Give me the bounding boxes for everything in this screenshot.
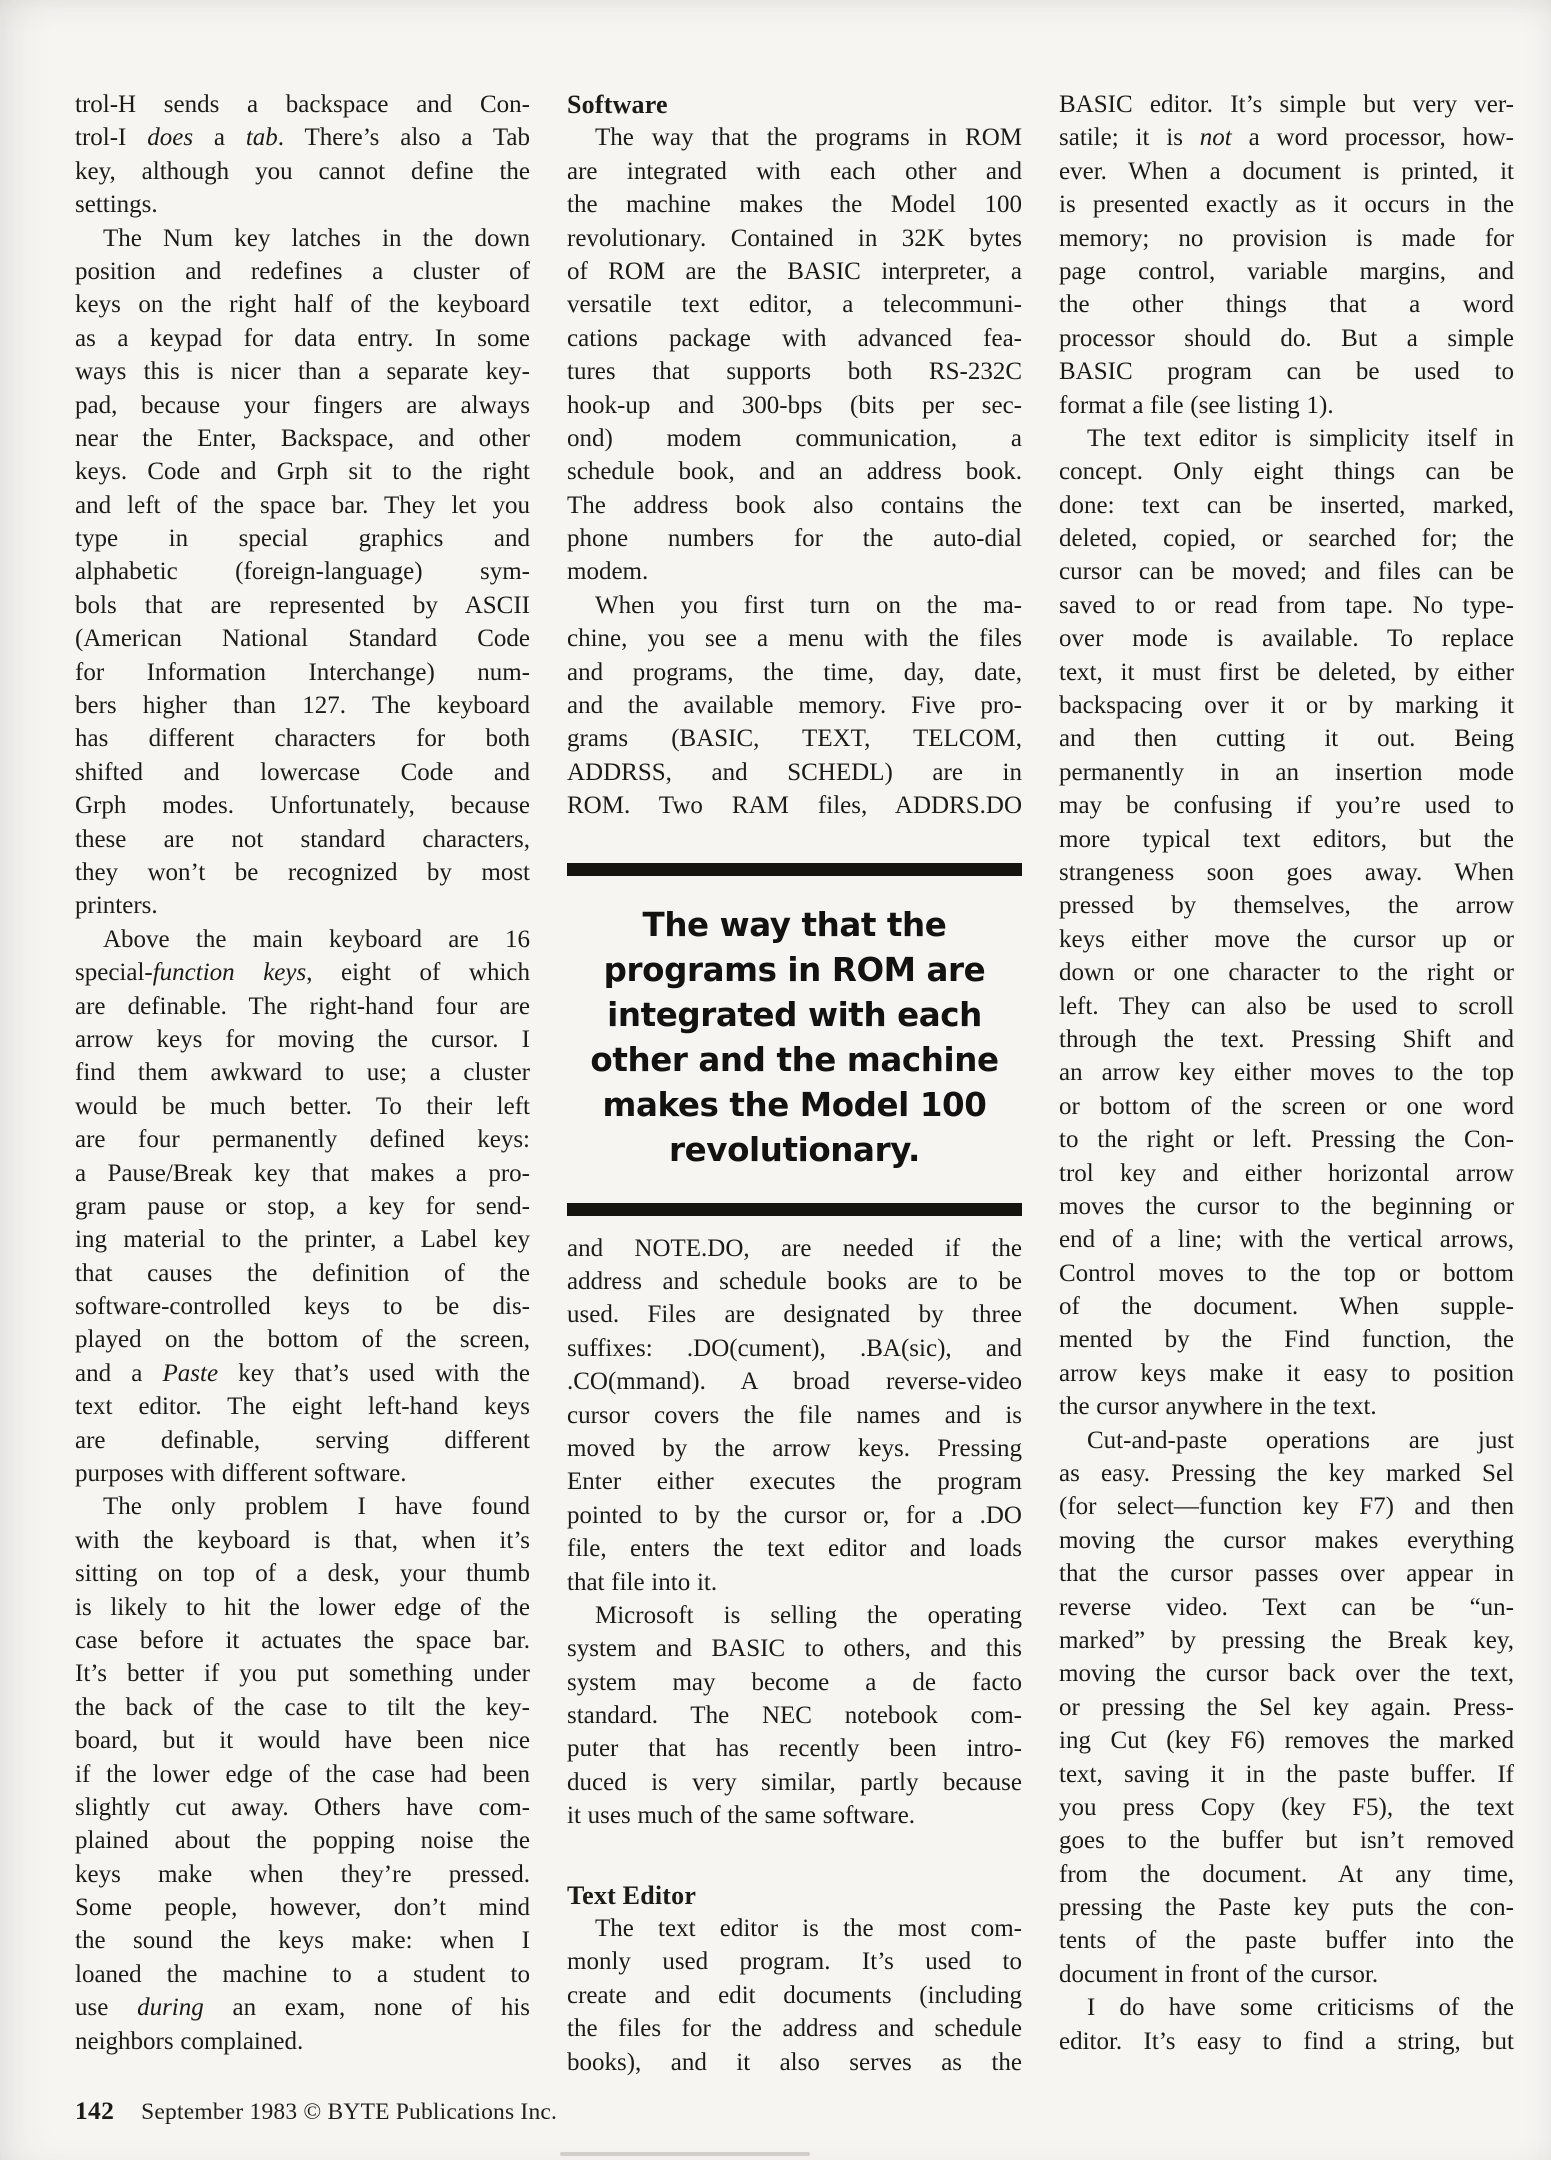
- text-line: It’s better if you put something under: [75, 1657, 530, 1690]
- text-line: puter that has recently been intro-: [567, 1732, 1022, 1765]
- text-line: board, but it would have been nice: [75, 1724, 530, 1757]
- pull-quote-rule-bottom: [567, 1203, 1022, 1216]
- text-line: hook-up and 300-bps (bits per sec-: [567, 389, 1022, 422]
- text-line: Some people, however, don’t mind: [75, 1891, 530, 1924]
- text-line: keys make when they’re pressed.: [75, 1858, 530, 1891]
- text-line: and then cutting it out. Being: [1059, 722, 1514, 755]
- text-line: reverse video. Text can be “un-: [1059, 1591, 1514, 1624]
- text-line: document in front of the cursor.: [1059, 1958, 1514, 1991]
- text-line: The way that the programs in ROM: [567, 121, 1022, 154]
- pull-quote-line: programs in ROM are: [569, 948, 1020, 993]
- text-line: and left of the space bar. They let you: [75, 489, 530, 522]
- text-line: The Num key latches in the down: [75, 222, 530, 255]
- column-right: BASIC editor. It’s simple but very ver-s…: [1059, 88, 1514, 2079]
- text-line: settings.: [75, 188, 530, 221]
- text-line: pad, because your fingers are always: [75, 389, 530, 422]
- text-line: are definable. The right-hand four are: [75, 990, 530, 1023]
- text-line: chine, you see a menu with the files: [567, 622, 1022, 655]
- text-line: it uses much of the same software.: [567, 1799, 1022, 1832]
- text-line: system and BASIC to others, and this: [567, 1632, 1022, 1665]
- text-line: deleted, copied, or searched for; the: [1059, 522, 1514, 555]
- text-line: phone numbers for the auto-dial: [567, 522, 1022, 555]
- text-line: and the available memory. Five pro-: [567, 689, 1022, 722]
- text-line: they won’t be recognized by most: [75, 856, 530, 889]
- text-line: The text editor is simplicity itself in: [1059, 422, 1514, 455]
- footer: 142 September 1983 © BYTE Publications I…: [75, 2096, 557, 2126]
- text-line: that the cursor passes over appear in: [1059, 1557, 1514, 1590]
- text-line: ever. When a document is printed, it: [1059, 155, 1514, 188]
- text-line: Cut-and-paste operations are just: [1059, 1424, 1514, 1457]
- text-line: Above the main keyboard are 16: [75, 923, 530, 956]
- text-line: through the text. Pressing Shift and: [1059, 1023, 1514, 1056]
- pull-quote-line: makes the Model 100: [569, 1083, 1020, 1128]
- scan-artifact: [560, 2152, 810, 2156]
- text-line: arrow keys make it easy to position: [1059, 1357, 1514, 1390]
- section-heading-text-editor: Text Editor: [567, 1879, 1022, 1912]
- text-line: the machine makes the Model 100: [567, 188, 1022, 221]
- text-line: tures that supports both RS-232C: [567, 355, 1022, 388]
- text-line: more typical text editors, but the: [1059, 823, 1514, 856]
- text-line: is presented exactly as it occurs in the: [1059, 188, 1514, 221]
- text-line: may be confusing if you’re used to: [1059, 789, 1514, 822]
- text-line: file, enters the text editor and loads: [567, 1532, 1022, 1565]
- text-line: are definable, serving different: [75, 1424, 530, 1457]
- text-line: versatile text editor, a telecommuni-: [567, 288, 1022, 321]
- text-line: text, it must first be deleted, by eithe…: [1059, 656, 1514, 689]
- text-line: books), and it also serves as the: [567, 2046, 1022, 2079]
- text-line: from the document. At any time,: [1059, 1858, 1514, 1891]
- section-heading-software: Software: [567, 88, 1022, 121]
- text-line: pointed to by the cursor or, for a .DO: [567, 1499, 1022, 1532]
- text-line: Grph modes. Unfortunately, because: [75, 789, 530, 822]
- text-line: find them awkward to use; a cluster: [75, 1056, 530, 1089]
- text-line: are four permanently defined keys:: [75, 1123, 530, 1156]
- text-line: plained about the popping noise the: [75, 1824, 530, 1857]
- text-line: the back of the case to tilt the key-: [75, 1691, 530, 1724]
- text-line: ond) modem communication, a: [567, 422, 1022, 455]
- text-line: purposes with different software.: [75, 1457, 530, 1490]
- text-line: .CO(mmand). A broad reverse-video: [567, 1365, 1022, 1398]
- text-line: system may become a de facto: [567, 1666, 1022, 1699]
- text-line: BASIC program can be used to: [1059, 355, 1514, 388]
- text-line: The text editor is the most com-: [567, 1912, 1022, 1945]
- text-line: left. They can also be used to scroll: [1059, 990, 1514, 1023]
- text-line: backspacing over it or by marking it: [1059, 689, 1514, 722]
- text-line: address and schedule books are to be: [567, 1265, 1022, 1298]
- text-line: duced is very similar, partly because: [567, 1766, 1022, 1799]
- text-line: When you first turn on the ma-: [567, 589, 1022, 622]
- pull-quote-text: The way that theprograms in ROM areinteg…: [567, 876, 1022, 1203]
- column-left: trol-H sends a backspace and Con-trol-I …: [75, 88, 530, 2079]
- text-line: neighbors complained.: [75, 2025, 530, 2058]
- text-line: monly used program. It’s used to: [567, 1945, 1022, 1978]
- text-line: or pressing the Sel key again. Press-: [1059, 1691, 1514, 1724]
- text-line: modem.: [567, 555, 1022, 588]
- article-columns: trol-H sends a backspace and Con-trol-I …: [75, 88, 1515, 2079]
- text-line: pressing the Paste key puts the con-: [1059, 1891, 1514, 1924]
- text-line: as easy. Pressing the key marked Sel: [1059, 1457, 1514, 1490]
- magazine-page: trol-H sends a backspace and Con-trol-I …: [0, 0, 1551, 2160]
- text-line: the files for the address and schedule: [567, 2012, 1022, 2045]
- text-line: create and edit documents (including: [567, 1979, 1022, 2012]
- text-line: cations package with advanced fea-: [567, 322, 1022, 355]
- text-line: satile; it is not a word processor, how-: [1059, 121, 1514, 154]
- text-line: goes to the buffer but isn’t removed: [1059, 1824, 1514, 1857]
- text-line: played on the bottom of the screen,: [75, 1323, 530, 1356]
- text-line: ing material to the printer, a Label key: [75, 1223, 530, 1256]
- text-line: permanently in an insertion mode: [1059, 756, 1514, 789]
- text-line: schedule book, and an address book.: [567, 455, 1022, 488]
- text-line: The only problem I have found: [75, 1490, 530, 1523]
- text-line: that causes the definition of the: [75, 1257, 530, 1290]
- text-line: grams (BASIC, TEXT, TELCOM,: [567, 722, 1022, 755]
- text-line: printers.: [75, 889, 530, 922]
- text-line: use during an exam, none of his: [75, 1991, 530, 2024]
- text-line: moving the cursor back over the text,: [1059, 1657, 1514, 1690]
- text-line: moving the cursor makes everything: [1059, 1524, 1514, 1557]
- text-line: The address book also contains the: [567, 489, 1022, 522]
- text-line: to the right or left. Pressing the Con-: [1059, 1123, 1514, 1156]
- text-line: processor should do. But a simple: [1059, 322, 1514, 355]
- text-line: of the document. When supple-: [1059, 1290, 1514, 1323]
- text-line: Microsoft is selling the operating: [567, 1599, 1022, 1632]
- text-line: shifted and lowercase Code and: [75, 756, 530, 789]
- text-line: keys. Code and Grph sit to the right: [75, 455, 530, 488]
- text-line: marked” by pressing the Break key,: [1059, 1624, 1514, 1657]
- text-line: page control, variable margins, and: [1059, 255, 1514, 288]
- text-line: mented by the Find function, the: [1059, 1323, 1514, 1356]
- text-line: type in special graphics and: [75, 522, 530, 555]
- text-line: ROM. Two RAM files, ADDRS.DO: [567, 789, 1022, 822]
- text-line: has different characters for both: [75, 722, 530, 755]
- text-line: sitting on top of a desk, your thumb: [75, 1557, 530, 1590]
- footer-credit: September 1983 © BYTE Publications Inc.: [141, 2099, 557, 2126]
- text-line: BASIC editor. It’s simple but very ver-: [1059, 88, 1514, 121]
- text-line: used. Files are designated by three: [567, 1298, 1022, 1331]
- text-line: or bottom of the screen or one word: [1059, 1090, 1514, 1123]
- text-line: key, although you cannot define the: [75, 155, 530, 188]
- text-line: a Pause/Break key that makes a pro-: [75, 1157, 530, 1190]
- text-line: you press Copy (key F5), the text: [1059, 1791, 1514, 1824]
- text-line: the sound the keys make: when I: [75, 1924, 530, 1957]
- text-line: arrow keys for moving the cursor. I: [75, 1023, 530, 1056]
- pull-quote: The way that theprograms in ROM areinteg…: [567, 863, 1022, 1216]
- text-line: standard. The NEC notebook com-: [567, 1699, 1022, 1732]
- text-line: cursor can be moved; and files can be: [1059, 555, 1514, 588]
- pull-quote-line: other and the machine: [569, 1038, 1020, 1083]
- text-line: (American National Standard Code: [75, 622, 530, 655]
- text-line: gram pause or stop, a key for send-: [75, 1190, 530, 1223]
- text-line: editor. It’s easy to find a string, but: [1059, 2025, 1514, 2058]
- text-line: moved by the arrow keys. Pressing: [567, 1432, 1022, 1465]
- text-line: with the keyboard is that, when it’s: [75, 1524, 530, 1557]
- text-line: and NOTE.DO, are needed if the: [567, 1232, 1022, 1265]
- text-line: ADDRSS, and SCHEDL) are in: [567, 756, 1022, 789]
- column-middle: SoftwareThe way that the programs in ROM…: [567, 88, 1022, 2079]
- text-line: for Information Interchange) num-: [75, 656, 530, 689]
- text-line: ways this is nicer than a separate key-: [75, 355, 530, 388]
- text-line: special-function keys, eight of which: [75, 956, 530, 989]
- text-line: software-controlled keys to be dis-: [75, 1290, 530, 1323]
- text-line: trol-H sends a backspace and Con-: [75, 88, 530, 121]
- text-line: slightly cut away. Others have com-: [75, 1791, 530, 1824]
- text-line: text, saving it in the paste buffer. If: [1059, 1758, 1514, 1791]
- text-line: end of a line; with the vertical arrows,: [1059, 1223, 1514, 1256]
- text-line: the cursor anywhere in the text.: [1059, 1390, 1514, 1423]
- page-number: 142: [75, 2096, 114, 2126]
- text-line: Control moves to the top or bottom: [1059, 1257, 1514, 1290]
- text-line: bols that are represented by ASCII: [75, 589, 530, 622]
- text-line: done: text can be inserted, marked,: [1059, 489, 1514, 522]
- text-line: tents of the paste buffer into the: [1059, 1924, 1514, 1957]
- text-line: down or one character to the right or: [1059, 956, 1514, 989]
- text-line: strangeness soon goes away. When: [1059, 856, 1514, 889]
- text-line: trol-I does a tab. There’s also a Tab: [75, 121, 530, 154]
- text-line: as a keypad for data entry. In some: [75, 322, 530, 355]
- text-line: trol key and either horizontal arrow: [1059, 1157, 1514, 1190]
- text-line: these are not standard characters,: [75, 823, 530, 856]
- text-line: memory; no provision is made for: [1059, 222, 1514, 255]
- text-line: keys on the right half of the keyboard: [75, 288, 530, 321]
- text-line: the other things that a word: [1059, 288, 1514, 321]
- text-line: revolutionary. Contained in 32K bytes: [567, 222, 1022, 255]
- text-line: are integrated with each other and: [567, 155, 1022, 188]
- text-line: saved to or read from tape. No type-: [1059, 589, 1514, 622]
- text-line: concept. Only eight things can be: [1059, 455, 1514, 488]
- text-line: and a Paste key that’s used with the: [75, 1357, 530, 1390]
- text-line: keys either move the cursor up or: [1059, 923, 1514, 956]
- text-line: pressed by themselves, the arrow: [1059, 889, 1514, 922]
- text-line: I do have some criticisms of the: [1059, 1991, 1514, 2024]
- text-line: text editor. The eight left-hand keys: [75, 1390, 530, 1423]
- text-line: (for select—function key F7) and then: [1059, 1490, 1514, 1523]
- pull-quote-rule-top: [567, 863, 1022, 876]
- text-line: ing Cut (key F6) removes the marked: [1059, 1724, 1514, 1757]
- text-line: cursor covers the file names and is: [567, 1399, 1022, 1432]
- text-line: if the lower edge of the case had been: [75, 1758, 530, 1791]
- text-line: suffixes: .DO(cument), .BA(sic), and: [567, 1332, 1022, 1365]
- text-line: is likely to hit the lower edge of the: [75, 1591, 530, 1624]
- text-line: loaned the machine to a student to: [75, 1958, 530, 1991]
- text-line: near the Enter, Backspace, and other: [75, 422, 530, 455]
- text-line: Enter either executes the program: [567, 1465, 1022, 1498]
- text-line: would be much better. To their left: [75, 1090, 530, 1123]
- text-line: and programs, the time, day, date,: [567, 656, 1022, 689]
- text-line: position and redefines a cluster of: [75, 255, 530, 288]
- text-line: format a file (see listing 1).: [1059, 389, 1514, 422]
- text-line: of ROM are the BASIC interpreter, a: [567, 255, 1022, 288]
- text-line: an arrow key either moves to the top: [1059, 1056, 1514, 1089]
- text-line: that file into it.: [567, 1566, 1022, 1599]
- pull-quote-line: The way that the: [569, 903, 1020, 948]
- pull-quote-line: integrated with each: [569, 993, 1020, 1038]
- text-line: bers higher than 127. The keyboard: [75, 689, 530, 722]
- text-line: case before it actuates the space bar.: [75, 1624, 530, 1657]
- text-line: moves the cursor to the beginning or: [1059, 1190, 1514, 1223]
- text-line: alphabetic (foreign-language) sym-: [75, 555, 530, 588]
- pull-quote-line: revolutionary.: [569, 1128, 1020, 1173]
- text-line: over mode is available. To replace: [1059, 622, 1514, 655]
